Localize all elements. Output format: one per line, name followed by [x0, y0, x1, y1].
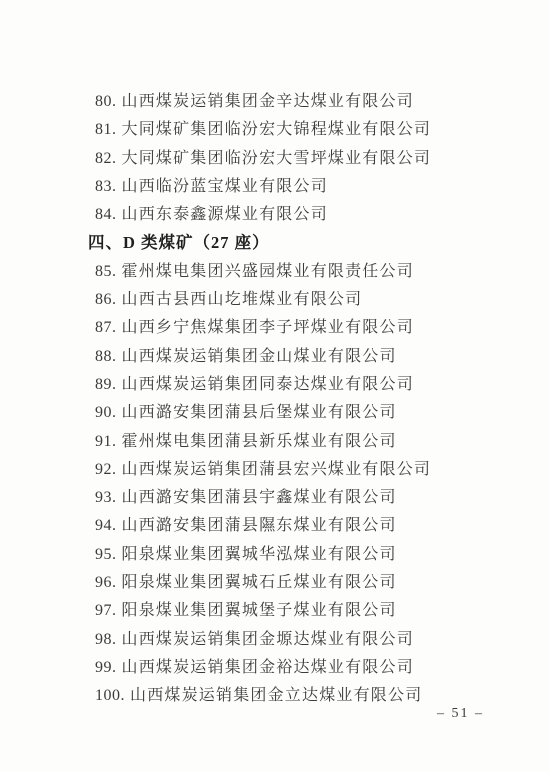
item-name: 山西煤炭运销集团金辛达煤业有限公司: [122, 93, 414, 110]
list-item: 82.大同煤矿集团临汾宏大雪坪煤业有限公司: [88, 145, 510, 173]
item-name: 大同煤矿集团临汾宏大锦程煤业有限公司: [122, 121, 432, 138]
item-number: 85.: [95, 263, 117, 280]
list-item: 96.阳泉煤业集团翼城石丘煤业有限公司: [88, 569, 510, 597]
item-number: 94.: [95, 517, 117, 534]
list-item: 87.山西乡宁焦煤集团李子坪煤业有限公司: [88, 314, 510, 342]
list-item: 92.山西煤炭运销集团蒲县宏兴煤业有限公司: [88, 456, 510, 484]
item-number: 99.: [95, 659, 117, 676]
item-number: 92.: [95, 461, 117, 478]
list-item: 98.山西煤炭运销集团金塬达煤业有限公司: [88, 626, 510, 654]
item-name: 山西潞安集团蒲县隰东煤业有限公司: [122, 517, 397, 534]
item-number: 91.: [95, 433, 117, 450]
item-number: 80.: [95, 93, 117, 110]
list-item: 99.山西煤炭运销集团金裕达煤业有限公司: [88, 654, 510, 682]
item-number: 87.: [95, 319, 117, 336]
list-item: 85.霍州煤电集团兴盛园煤业有限责任公司: [88, 258, 510, 286]
item-name: 山西临汾蓝宝煤业有限公司: [122, 178, 328, 195]
item-number: 93.: [95, 489, 117, 506]
item-name: 山西潞安集团蒲县后堡煤业有限公司: [122, 404, 397, 421]
list-item: 91.霍州煤电集团蒲县新乐煤业有限公司: [88, 428, 510, 456]
list-item: 97.阳泉煤业集团翼城堡子煤业有限公司: [88, 597, 510, 625]
item-number: 88.: [95, 348, 117, 365]
item-number: 90.: [95, 404, 117, 421]
item-name: 霍州煤电集团兴盛园煤业有限责任公司: [122, 263, 414, 280]
list-item: 95.阳泉煤业集团翼城华泓煤业有限公司: [88, 541, 510, 569]
list-item: 89.山西煤炭运销集团同泰达煤业有限公司: [88, 371, 510, 399]
list-item: 83.山西临汾蓝宝煤业有限公司: [88, 173, 510, 201]
item-name: 大同煤矿集团临汾宏大雪坪煤业有限公司: [122, 150, 432, 167]
section-heading: 四、D 类煤矿（27 座）: [88, 229, 510, 257]
item-name: 阳泉煤业集团翼城石丘煤业有限公司: [122, 574, 397, 591]
list-item: 84.山西东泰鑫源煤业有限公司: [88, 201, 510, 229]
list-item: 94.山西潞安集团蒲县隰东煤业有限公司: [88, 512, 510, 540]
list-item: 88.山西煤炭运销集团金山煤业有限公司: [88, 343, 510, 371]
list-item: 80.山西煤炭运销集团金辛达煤业有限公司: [88, 88, 510, 116]
list-item: 90.山西潞安集团蒲县后堡煤业有限公司: [88, 399, 510, 427]
item-number: 84.: [95, 206, 117, 223]
item-name: 山西煤炭运销集团金塬达煤业有限公司: [122, 631, 414, 648]
item-name: 山西乡宁焦煤集团李子坪煤业有限公司: [122, 319, 414, 336]
item-name: 山西古县西山圪堆煤业有限公司: [122, 291, 363, 308]
item-number: 96.: [95, 574, 117, 591]
item-name: 山西煤炭运销集团同泰达煤业有限公司: [122, 376, 414, 393]
item-number: 89.: [95, 376, 117, 393]
item-name: 阳泉煤业集团翼城华泓煤业有限公司: [122, 546, 397, 563]
item-number: 95.: [95, 546, 117, 563]
item-name: 山西煤炭运销集团蒲县宏兴煤业有限公司: [122, 461, 432, 478]
item-number: 97.: [95, 602, 117, 619]
item-number: 100.: [95, 687, 125, 704]
item-name: 阳泉煤业集团翼城堡子煤业有限公司: [122, 602, 397, 619]
list-item: 86.山西古县西山圪堆煤业有限公司: [88, 286, 510, 314]
list-item: 81.大同煤矿集团临汾宏大锦程煤业有限公司: [88, 116, 510, 144]
item-number: 81.: [95, 121, 117, 138]
item-number: 86.: [95, 291, 117, 308]
item-name: 山西煤炭运销集团金山煤业有限公司: [122, 348, 397, 365]
document-page: 80.山西煤炭运销集团金辛达煤业有限公司 81.大同煤矿集团临汾宏大锦程煤业有限…: [0, 0, 550, 772]
item-name: 山西煤炭运销集团金立达煤业有限公司: [130, 687, 422, 704]
item-number: 82.: [95, 150, 117, 167]
item-number: 98.: [95, 631, 117, 648]
item-name: 山西东泰鑫源煤业有限公司: [122, 206, 328, 223]
page-number: – 51 –: [437, 706, 484, 722]
item-name: 山西潞安集团蒲县宇鑫煤业有限公司: [122, 489, 397, 506]
list-item: 93.山西潞安集团蒲县宇鑫煤业有限公司: [88, 484, 510, 512]
item-name: 山西煤炭运销集团金裕达煤业有限公司: [122, 659, 414, 676]
item-number: 83.: [95, 178, 117, 195]
item-name: 霍州煤电集团蒲县新乐煤业有限公司: [122, 433, 397, 450]
document-content: 80.山西煤炭运销集团金辛达煤业有限公司 81.大同煤矿集团临汾宏大锦程煤业有限…: [88, 88, 510, 711]
